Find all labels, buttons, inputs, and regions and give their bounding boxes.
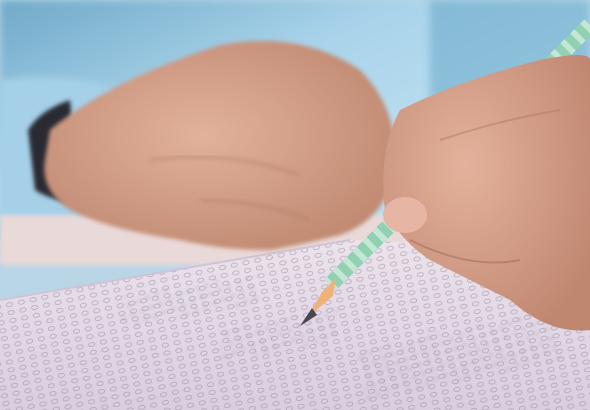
exam-photo: [0, 0, 590, 410]
photo-scene: [0, 0, 590, 410]
